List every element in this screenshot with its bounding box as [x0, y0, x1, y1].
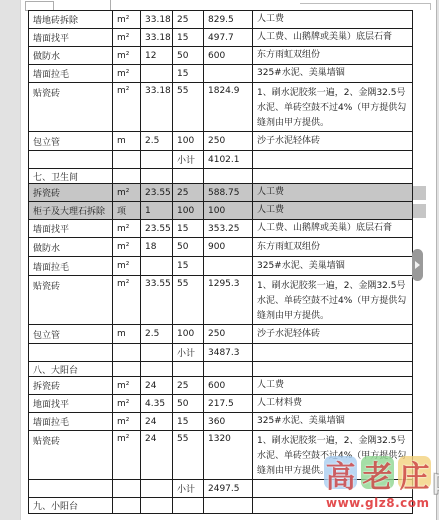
table-row[interactable]: 做防水m²1250600东方雨虹双组份	[29, 47, 413, 65]
cell-total[interactable]: 829.5	[204, 11, 253, 29]
cell-note[interactable]	[253, 344, 413, 362]
cell-total[interactable]	[204, 498, 253, 514]
cell-unit[interactable]: m	[113, 132, 141, 151]
cell-unit[interactable]: m²	[113, 29, 141, 47]
cell-unit-price[interactable]: 100	[173, 325, 204, 344]
cell-name[interactable]: 贴瓷砖	[29, 83, 113, 132]
cell-total[interactable]	[204, 65, 253, 83]
cell-unit[interactable]: m²	[113, 276, 141, 325]
cell-unit-price[interactable]: 55	[173, 431, 204, 480]
cell-unit-price[interactable]: 100	[173, 132, 204, 151]
cell-name[interactable]: 做防水	[29, 238, 113, 257]
table-row[interactable]: 墙面找平m²23.5515353.25人工费、山鹅牌或美巢）底层石膏	[29, 220, 413, 238]
cell-note[interactable]: 人工费、山鹅牌或美巢）底层石膏	[253, 220, 413, 238]
cell-total[interactable]: 353.25	[204, 220, 253, 238]
cell-unit[interactable]: m²	[113, 257, 141, 276]
cell-unit-price[interactable]: 55	[173, 276, 204, 325]
cell-unit-price[interactable]: 25	[173, 11, 204, 29]
cell-qty[interactable]: 12	[141, 47, 173, 65]
cell-qty[interactable]: 33.18	[141, 83, 173, 132]
cell-total[interactable]: 600	[204, 377, 253, 395]
cell-total[interactable]	[204, 362, 253, 377]
cell-name[interactable]: 墙面拉毛	[29, 257, 113, 276]
cell-unit[interactable]: m²	[113, 184, 141, 202]
cell-unit-price[interactable]: 50	[173, 395, 204, 413]
cell-qty[interactable]	[141, 480, 173, 498]
cell-name[interactable]: 九、小阳台	[29, 498, 113, 514]
cost-table-wrap: 墙地砖拆除m²33.1825829.5人工费墙面找平m²33.1815497.7…	[28, 10, 413, 514]
cell-name[interactable]: 拆瓷砖	[29, 377, 113, 395]
cell-name[interactable]	[29, 344, 113, 362]
row-selection-mark	[413, 186, 426, 200]
cell-total[interactable]: 250	[204, 325, 253, 344]
cell-note[interactable]: 人工费	[253, 184, 413, 202]
cell-name[interactable]: 墙面拉毛	[29, 65, 113, 83]
cell-qty[interactable]: 1	[141, 202, 173, 220]
cell-unit-price[interactable]: 15	[173, 65, 204, 83]
cell-total[interactable]: 1320	[204, 431, 253, 480]
cell-unit[interactable]: m	[113, 325, 141, 344]
cell-total[interactable]: 2497.5	[204, 480, 253, 498]
cell-total[interactable]: 588.75	[204, 184, 253, 202]
cell-note[interactable]: 1、刷水泥胶浆一遍，2、金隅32.5号水泥、单砖空鼓不过4%（甲方提供勾缝剂由甲…	[253, 83, 413, 132]
previous-page-edge-line	[300, 3, 430, 4]
table-row[interactable]: 包立管m2.5100250沙子水泥轻体砖	[29, 132, 413, 151]
cell-qty[interactable]: 33.18	[141, 11, 173, 29]
cell-note[interactable]: 325#水泥、美巢墙锢	[253, 413, 413, 431]
table-row[interactable]: 拆瓷砖m²23.5525588.75人工费	[29, 184, 413, 202]
cell-note[interactable]: 人工费、山鹅牌或美巢）底层石膏	[253, 29, 413, 47]
cell-qty[interactable]: 2.5	[141, 132, 173, 151]
cell-unit[interactable]: m²	[113, 220, 141, 238]
cell-total[interactable]: 1295.3	[204, 276, 253, 325]
cell-unit[interactable]	[113, 169, 141, 184]
cell-total[interactable]: 4102.1	[204, 151, 253, 169]
previous-page-edge-corner	[430, 3, 431, 10]
cell-qty[interactable]	[141, 498, 173, 514]
subtotal-row[interactable]: 小计3487.3	[29, 344, 413, 362]
cell-qty[interactable]	[141, 169, 173, 184]
cell-unit-price[interactable]: 50	[173, 238, 204, 257]
cell-unit[interactable]: m²	[113, 413, 141, 431]
cell-note[interactable]: 325#水泥、美巢墙锢	[253, 257, 413, 276]
section-row[interactable]: 七、卫生间	[29, 169, 413, 184]
table-row[interactable]: 墙面拉毛m²15325#水泥、美巢墙锢	[29, 65, 413, 83]
cell-unit-price[interactable]: 100	[173, 202, 204, 220]
cell-unit-price[interactable]	[173, 498, 204, 514]
cell-unit[interactable]	[113, 344, 141, 362]
cell-total[interactable]: 100	[204, 202, 253, 220]
cell-qty[interactable]: 18	[141, 238, 173, 257]
cell-total[interactable]: 250	[204, 132, 253, 151]
cell-note[interactable]: 1、刷水泥胶浆一遍，2、金隅32.5号水泥、单砖空鼓不过4%（甲方提供勾缝剂由甲…	[253, 276, 413, 325]
cell-note[interactable]: 人工材料费	[253, 395, 413, 413]
section-row[interactable]: 八、大阳台	[29, 362, 413, 377]
cell-unit-price[interactable]	[173, 362, 204, 377]
cell-qty[interactable]: 4.35	[141, 395, 173, 413]
cell-name[interactable]: 包立管	[29, 325, 113, 344]
cell-qty[interactable]: 24	[141, 431, 173, 480]
table-row[interactable]: 贴瓷砖m²245513201、刷水泥胶浆一遍，2、金隅32.5号水泥、单砖空鼓不…	[29, 431, 413, 480]
table-row[interactable]: 拆瓷砖m²2425600人工费	[29, 377, 413, 395]
cell-unit[interactable]: m²	[113, 65, 141, 83]
cell-unit-price[interactable]	[173, 169, 204, 184]
cell-unit[interactable]: m²	[113, 47, 141, 65]
cell-note[interactable]	[253, 498, 413, 514]
cell-unit[interactable]: m²	[113, 395, 141, 413]
table-row[interactable]: 墙面拉毛m²2415360325#水泥、美巢墙锢	[29, 413, 413, 431]
cell-name[interactable]: 贴瓷砖	[29, 431, 113, 480]
row-selection-mark	[413, 204, 426, 218]
cell-total[interactable]	[204, 257, 253, 276]
cell-unit[interactable]	[113, 498, 141, 514]
cell-name[interactable]: 做防水	[29, 47, 113, 65]
cell-qty[interactable]: 33.18	[141, 29, 173, 47]
cell-total[interactable]: 497.7	[204, 29, 253, 47]
cell-note[interactable]	[253, 362, 413, 377]
cell-name[interactable]: 贴瓷砖	[29, 276, 113, 325]
cell-qty[interactable]: 23.55	[141, 220, 173, 238]
cell-name[interactable]: 七、卫生间	[29, 169, 113, 184]
section-row[interactable]: 九、小阳台	[29, 498, 413, 514]
cell-unit[interactable]: 项	[113, 202, 141, 220]
cell-name[interactable]: 地面找平	[29, 395, 113, 413]
cell-name[interactable]: 拆瓷砖	[29, 184, 113, 202]
cell-total[interactable]: 3487.3	[204, 344, 253, 362]
cell-qty[interactable]: 2.5	[141, 325, 173, 344]
cell-total[interactable]	[204, 169, 253, 184]
cell-qty[interactable]: 23.55	[141, 184, 173, 202]
cell-total[interactable]: 360	[204, 413, 253, 431]
table-row[interactable]: 墙地砖拆除m²33.1825829.5人工费	[29, 11, 413, 29]
table-row[interactable]: 包立管m2.5100250沙子水泥轻体砖	[29, 325, 413, 344]
cell-unit[interactable]: m²	[113, 83, 141, 132]
cell-note[interactable]: 1、刷水泥胶浆一遍，2、金隅32.5号水泥、单砖空鼓不过4%（甲方提供勾缝剂由甲…	[253, 431, 413, 480]
cell-note[interactable]: 东方雨虹双组份	[253, 238, 413, 257]
cell-note[interactable]	[253, 151, 413, 169]
cell-unit-price[interactable]: 小计	[173, 344, 204, 362]
cell-unit[interactable]: m²	[113, 431, 141, 480]
subtotal-row[interactable]: 小计4102.1	[29, 151, 413, 169]
cell-unit-price[interactable]: 15	[173, 257, 204, 276]
cell-qty[interactable]	[141, 362, 173, 377]
cell-unit-price[interactable]: 55	[173, 83, 204, 132]
table-row[interactable]: 墙面找平m²33.1815497.7人工费、山鹅牌或美巢）底层石膏	[29, 29, 413, 47]
cell-note[interactable]: 沙子水泥轻体砖	[253, 325, 413, 344]
cell-unit-price[interactable]: 15	[173, 29, 204, 47]
table-row[interactable]: 墙面拉毛m²15325#水泥、美巢墙锢	[29, 257, 413, 276]
cell-unit[interactable]: m²	[113, 11, 141, 29]
cell-note[interactable]: 325#水泥、美巢墙锢	[253, 65, 413, 83]
subtotal-row[interactable]: 小计2497.5	[29, 480, 413, 498]
table-row[interactable]: 贴瓷砖m²33.55551295.31、刷水泥胶浆一遍，2、金隅32.5号水泥、…	[29, 276, 413, 325]
cell-total[interactable]: 217.5	[204, 395, 253, 413]
cell-qty[interactable]: 24	[141, 413, 173, 431]
cell-note[interactable]: 沙子水泥轻体砖	[253, 132, 413, 151]
cell-name[interactable]: 墙面拉毛	[29, 413, 113, 431]
cell-total[interactable]: 1824.9	[204, 83, 253, 132]
cell-name[interactable]: 墙面找平	[29, 29, 113, 47]
table-row[interactable]: 柜子及大理石拆除项1100100人工费	[29, 202, 413, 220]
cell-qty[interactable]: 33.55	[141, 276, 173, 325]
cell-name[interactable]	[29, 480, 113, 498]
cell-qty[interactable]	[141, 344, 173, 362]
previous-row-border-remnant	[110, 0, 111, 10]
right-arrow-icon	[415, 261, 420, 269]
cell-unit[interactable]: m²	[113, 238, 141, 257]
cell-note[interactable]: 人工费	[253, 11, 413, 29]
cell-note[interactable]: 东方雨虹双组份	[253, 47, 413, 65]
table-row[interactable]: 地面找平m²4.3550217.5人工材料费	[29, 395, 413, 413]
cell-qty[interactable]: 24	[141, 377, 173, 395]
watermark-char: 吧	[433, 464, 439, 504]
cell-unit-price[interactable]: 15	[173, 220, 204, 238]
scroll-handle[interactable]	[412, 249, 423, 281]
cell-unit[interactable]	[113, 362, 141, 377]
cell-note[interactable]: 人工费	[253, 202, 413, 220]
cell-name[interactable]: 墙地砖拆除	[29, 11, 113, 29]
cell-unit-price[interactable]: 25	[173, 184, 204, 202]
cost-table-body: 墙地砖拆除m²33.1825829.5人工费墙面找平m²33.1815497.7…	[29, 11, 413, 514]
cell-name[interactable]: 包立管	[29, 132, 113, 151]
cell-unit[interactable]	[113, 480, 141, 498]
cell-name[interactable]	[29, 151, 113, 169]
document-page[interactable]: 墙地砖拆除m²33.1825829.5人工费墙面找平m²33.1815497.7…	[20, 0, 437, 520]
cell-qty[interactable]	[141, 151, 173, 169]
cell-unit-price[interactable]: 小计	[173, 480, 204, 498]
cell-note[interactable]	[253, 169, 413, 184]
cell-name[interactable]: 墙面找平	[29, 220, 113, 238]
cell-note[interactable]: 人工费	[253, 377, 413, 395]
table-row[interactable]: 贴瓷砖m²33.18551824.91、刷水泥胶浆一遍，2、金隅32.5号水泥、…	[29, 83, 413, 132]
cell-unit-price[interactable]: 15	[173, 413, 204, 431]
cell-note[interactable]	[253, 480, 413, 498]
cell-qty[interactable]	[141, 65, 173, 83]
cell-unit-price[interactable]: 小计	[173, 151, 204, 169]
cell-unit[interactable]: m²	[113, 377, 141, 395]
renovation-cost-table[interactable]: 墙地砖拆除m²33.1825829.5人工费墙面找平m²33.1815497.7…	[28, 10, 413, 514]
table-row[interactable]: 做防水m²1850900东方雨虹双组份	[29, 238, 413, 257]
cell-unit-price[interactable]: 50	[173, 47, 204, 65]
cell-unit[interactable]	[113, 151, 141, 169]
cell-unit-price[interactable]: 25	[173, 377, 204, 395]
cell-name[interactable]: 八、大阳台	[29, 362, 113, 377]
cell-qty[interactable]	[141, 257, 173, 276]
cell-name[interactable]: 柜子及大理石拆除	[29, 202, 113, 220]
word-document-view: 墙地砖拆除m²33.1825829.5人工费墙面找平m²33.1815497.7…	[0, 0, 439, 520]
cell-total[interactable]: 900	[204, 238, 253, 257]
cell-total[interactable]: 600	[204, 47, 253, 65]
